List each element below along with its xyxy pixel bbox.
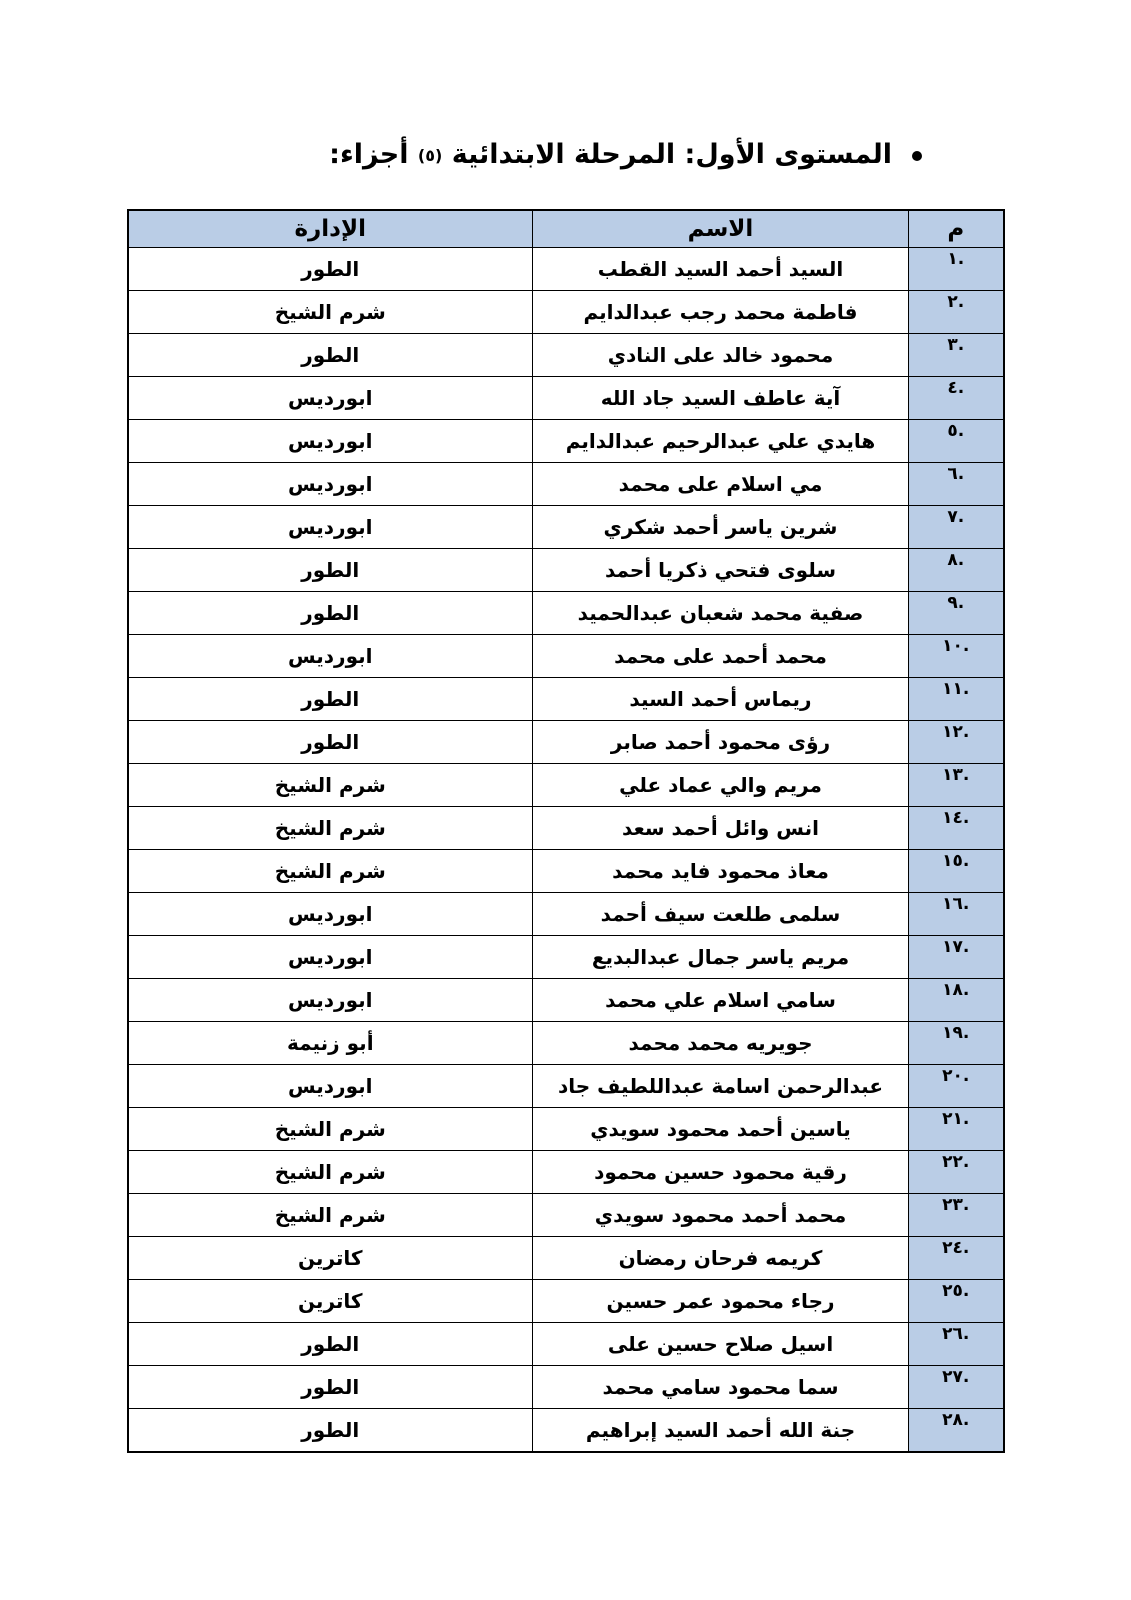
cell-administration: الطور (128, 248, 533, 291)
table-row: ٥.هايدي علي عبدالرحيم عبدالدايمابورديس (128, 420, 1004, 463)
table-row: ٦.مي اسلام على محمدابورديس (128, 463, 1004, 506)
cell-administration: الطور (128, 592, 533, 635)
cell-administration: شرم الشيخ (128, 850, 533, 893)
table-row: ٢١.ياسين أحمد محمود سويديشرم الشيخ (128, 1108, 1004, 1151)
cell-index: ١٨. (909, 979, 1004, 1022)
cell-administration: ابورديس (128, 893, 533, 936)
table-row: ١٤.انس وائل أحمد سعدشرم الشيخ (128, 807, 1004, 850)
cell-administration: كاترين (128, 1237, 533, 1280)
cell-index: ٢٨. (909, 1409, 1004, 1452)
col-header-index: م (909, 210, 1004, 248)
table-row: ٣.محمود خالد على الناديالطور (128, 334, 1004, 377)
cell-administration: ابورديس (128, 1065, 533, 1108)
cell-name: مريم ياسر جمال عبدالبديع (533, 936, 909, 979)
cell-administration: الطور (128, 1366, 533, 1409)
cell-name: شرين ياسر أحمد شكري (533, 506, 909, 549)
cell-name: رجاء محمود عمر حسين (533, 1280, 909, 1323)
title-text-part1: المستوى الأول: المرحلة الابتدائية (442, 139, 892, 170)
cell-administration: أبو زنيمة (128, 1022, 533, 1065)
cell-index: ١٩. (909, 1022, 1004, 1065)
table-row: ٢٦.اسيل صلاح حسين علىالطور (128, 1323, 1004, 1366)
cell-index: ١١. (909, 678, 1004, 721)
cell-index: ٢١. (909, 1108, 1004, 1151)
cell-name: السيد أحمد السيد القطب (533, 248, 909, 291)
cell-index: ٢٠. (909, 1065, 1004, 1108)
cell-name: ياسين أحمد محمود سويدي (533, 1108, 909, 1151)
cell-administration: الطور (128, 678, 533, 721)
col-header-name: الاسم (533, 210, 909, 248)
cell-index: ٢٣. (909, 1194, 1004, 1237)
document-page: المستوى الأول: المرحلة الابتدائية (٥) أج… (0, 0, 1131, 1600)
cell-administration: شرم الشيخ (128, 1108, 533, 1151)
table-row: ٧.شرين ياسر أحمد شكريابورديس (128, 506, 1004, 549)
table-row: ١٦.سلمى طلعت سيف أحمدابورديس (128, 893, 1004, 936)
cell-name: جويريه محمد محمد (533, 1022, 909, 1065)
cell-administration: شرم الشيخ (128, 764, 533, 807)
section-title-line: المستوى الأول: المرحلة الابتدائية (٥) أج… (0, 136, 1131, 174)
cell-index: ٦. (909, 463, 1004, 506)
cell-name: معاذ محمود فايد محمد (533, 850, 909, 893)
title-parts-count: (٥) (418, 146, 442, 165)
cell-index: ٢٧. (909, 1366, 1004, 1409)
table-row: ١٣.مريم والي عماد عليشرم الشيخ (128, 764, 1004, 807)
cell-administration: ابورديس (128, 936, 533, 979)
table-row: ١٧.مريم ياسر جمال عبدالبديعابورديس (128, 936, 1004, 979)
cell-administration: ابورديس (128, 420, 533, 463)
cell-name: سلمى طلعت سيف أحمد (533, 893, 909, 936)
cell-name: سامي اسلام علي محمد (533, 979, 909, 1022)
table-row: ١٥.معاذ محمود فايد محمدشرم الشيخ (128, 850, 1004, 893)
header-row: م الاسم الإدارة (128, 210, 1004, 248)
table-body: ١.السيد أحمد السيد القطبالطور٢.فاطمة محم… (128, 248, 1004, 1452)
table-row: ٢٢.رقية محمود حسين محمودشرم الشيخ (128, 1151, 1004, 1194)
cell-index: ٤. (909, 377, 1004, 420)
cell-name: كريمه فرحان رمضان (533, 1237, 909, 1280)
table-row: ٤.آية عاطف السيد جاد اللهابورديس (128, 377, 1004, 420)
table-row: ٢٤.كريمه فرحان رمضانكاترين (128, 1237, 1004, 1280)
cell-index: ١٢. (909, 721, 1004, 764)
cell-index: ٢. (909, 291, 1004, 334)
cell-index: ١٤. (909, 807, 1004, 850)
cell-administration: ابورديس (128, 377, 533, 420)
cell-name: محمد أحمد محمود سويدي (533, 1194, 909, 1237)
cell-index: ١٠. (909, 635, 1004, 678)
cell-index: ٢٤. (909, 1237, 1004, 1280)
section-title: المستوى الأول: المرحلة الابتدائية (٥) أج… (329, 136, 892, 174)
cell-administration: شرم الشيخ (128, 1194, 533, 1237)
cell-name: آية عاطف السيد جاد الله (533, 377, 909, 420)
cell-name: جنة الله أحمد السيد إبراهيم (533, 1409, 909, 1452)
bullet-icon (912, 151, 922, 161)
cell-index: ٧. (909, 506, 1004, 549)
cell-administration: شرم الشيخ (128, 291, 533, 334)
table-row: ٢.فاطمة محمد رجب عبدالدايمشرم الشيخ (128, 291, 1004, 334)
cell-index: ٩. (909, 592, 1004, 635)
table-row: ٢٥.رجاء محمود عمر حسينكاترين (128, 1280, 1004, 1323)
cell-name: سلوى فتحي ذكريا أحمد (533, 549, 909, 592)
cell-administration: الطور (128, 334, 533, 377)
cell-name: مي اسلام على محمد (533, 463, 909, 506)
cell-administration: كاترين (128, 1280, 533, 1323)
cell-administration: ابورديس (128, 635, 533, 678)
cell-name: فاطمة محمد رجب عبدالدايم (533, 291, 909, 334)
table-row: ١٠.محمد أحمد على محمدابورديس (128, 635, 1004, 678)
cell-name: اسيل صلاح حسين على (533, 1323, 909, 1366)
table-row: ٨.سلوى فتحي ذكريا أحمدالطور (128, 549, 1004, 592)
cell-administration: ابورديس (128, 979, 533, 1022)
cell-index: ٢٥. (909, 1280, 1004, 1323)
table-row: ١.السيد أحمد السيد القطبالطور (128, 248, 1004, 291)
cell-name: ريماس أحمد السيد (533, 678, 909, 721)
table-row: ٢٣.محمد أحمد محمود سويديشرم الشيخ (128, 1194, 1004, 1237)
table-row: ١٩.جويريه محمد محمدأبو زنيمة (128, 1022, 1004, 1065)
cell-administration: الطور (128, 1409, 533, 1452)
cell-index: ٨. (909, 549, 1004, 592)
table-row: ٢٠.عبدالرحمن اسامة عبداللطيف جادابورديس (128, 1065, 1004, 1108)
cell-name: محمد أحمد على محمد (533, 635, 909, 678)
cell-index: ١٦. (909, 893, 1004, 936)
cell-index: ٣. (909, 334, 1004, 377)
cell-name: رؤى محمود أحمد صابر (533, 721, 909, 764)
cell-name: سما محمود سامي محمد (533, 1366, 909, 1409)
table-row: ١٨.سامي اسلام علي محمدابورديس (128, 979, 1004, 1022)
cell-administration: شرم الشيخ (128, 807, 533, 850)
cell-index: ٢٦. (909, 1323, 1004, 1366)
cell-administration: الطور (128, 549, 533, 592)
cell-index: ٢٢. (909, 1151, 1004, 1194)
cell-index: ١٥. (909, 850, 1004, 893)
cell-index: ١٣. (909, 764, 1004, 807)
cell-name: رقية محمود حسين محمود (533, 1151, 909, 1194)
cell-index: ١. (909, 248, 1004, 291)
table-row: ٢٨.جنة الله أحمد السيد إبراهيمالطور (128, 1409, 1004, 1452)
cell-administration: الطور (128, 721, 533, 764)
table-header: م الاسم الإدارة (128, 210, 1004, 248)
title-text-part2: أجزاء: (329, 139, 418, 170)
cell-index: ١٧. (909, 936, 1004, 979)
cell-index: ٥. (909, 420, 1004, 463)
table-row: ١١.ريماس أحمد السيدالطور (128, 678, 1004, 721)
cell-administration: ابورديس (128, 463, 533, 506)
cell-name: عبدالرحمن اسامة عبداللطيف جاد (533, 1065, 909, 1108)
cell-name: انس وائل أحمد سعد (533, 807, 909, 850)
cell-administration: الطور (128, 1323, 533, 1366)
table-row: ١٢.رؤى محمود أحمد صابرالطور (128, 721, 1004, 764)
cell-name: هايدي علي عبدالرحيم عبدالدايم (533, 420, 909, 463)
cell-administration: ابورديس (128, 506, 533, 549)
cell-name: صفية محمد شعبان عبدالحميد (533, 592, 909, 635)
cell-administration: شرم الشيخ (128, 1151, 533, 1194)
table-row: ٢٧.سما محمود سامي محمدالطور (128, 1366, 1004, 1409)
col-header-administration: الإدارة (128, 210, 533, 248)
students-table: م الاسم الإدارة ١.السيد أحمد السيد القطب… (127, 209, 1005, 1453)
cell-name: مريم والي عماد علي (533, 764, 909, 807)
table-row: ٩.صفية محمد شعبان عبدالحميدالطور (128, 592, 1004, 635)
cell-name: محمود خالد على النادي (533, 334, 909, 377)
